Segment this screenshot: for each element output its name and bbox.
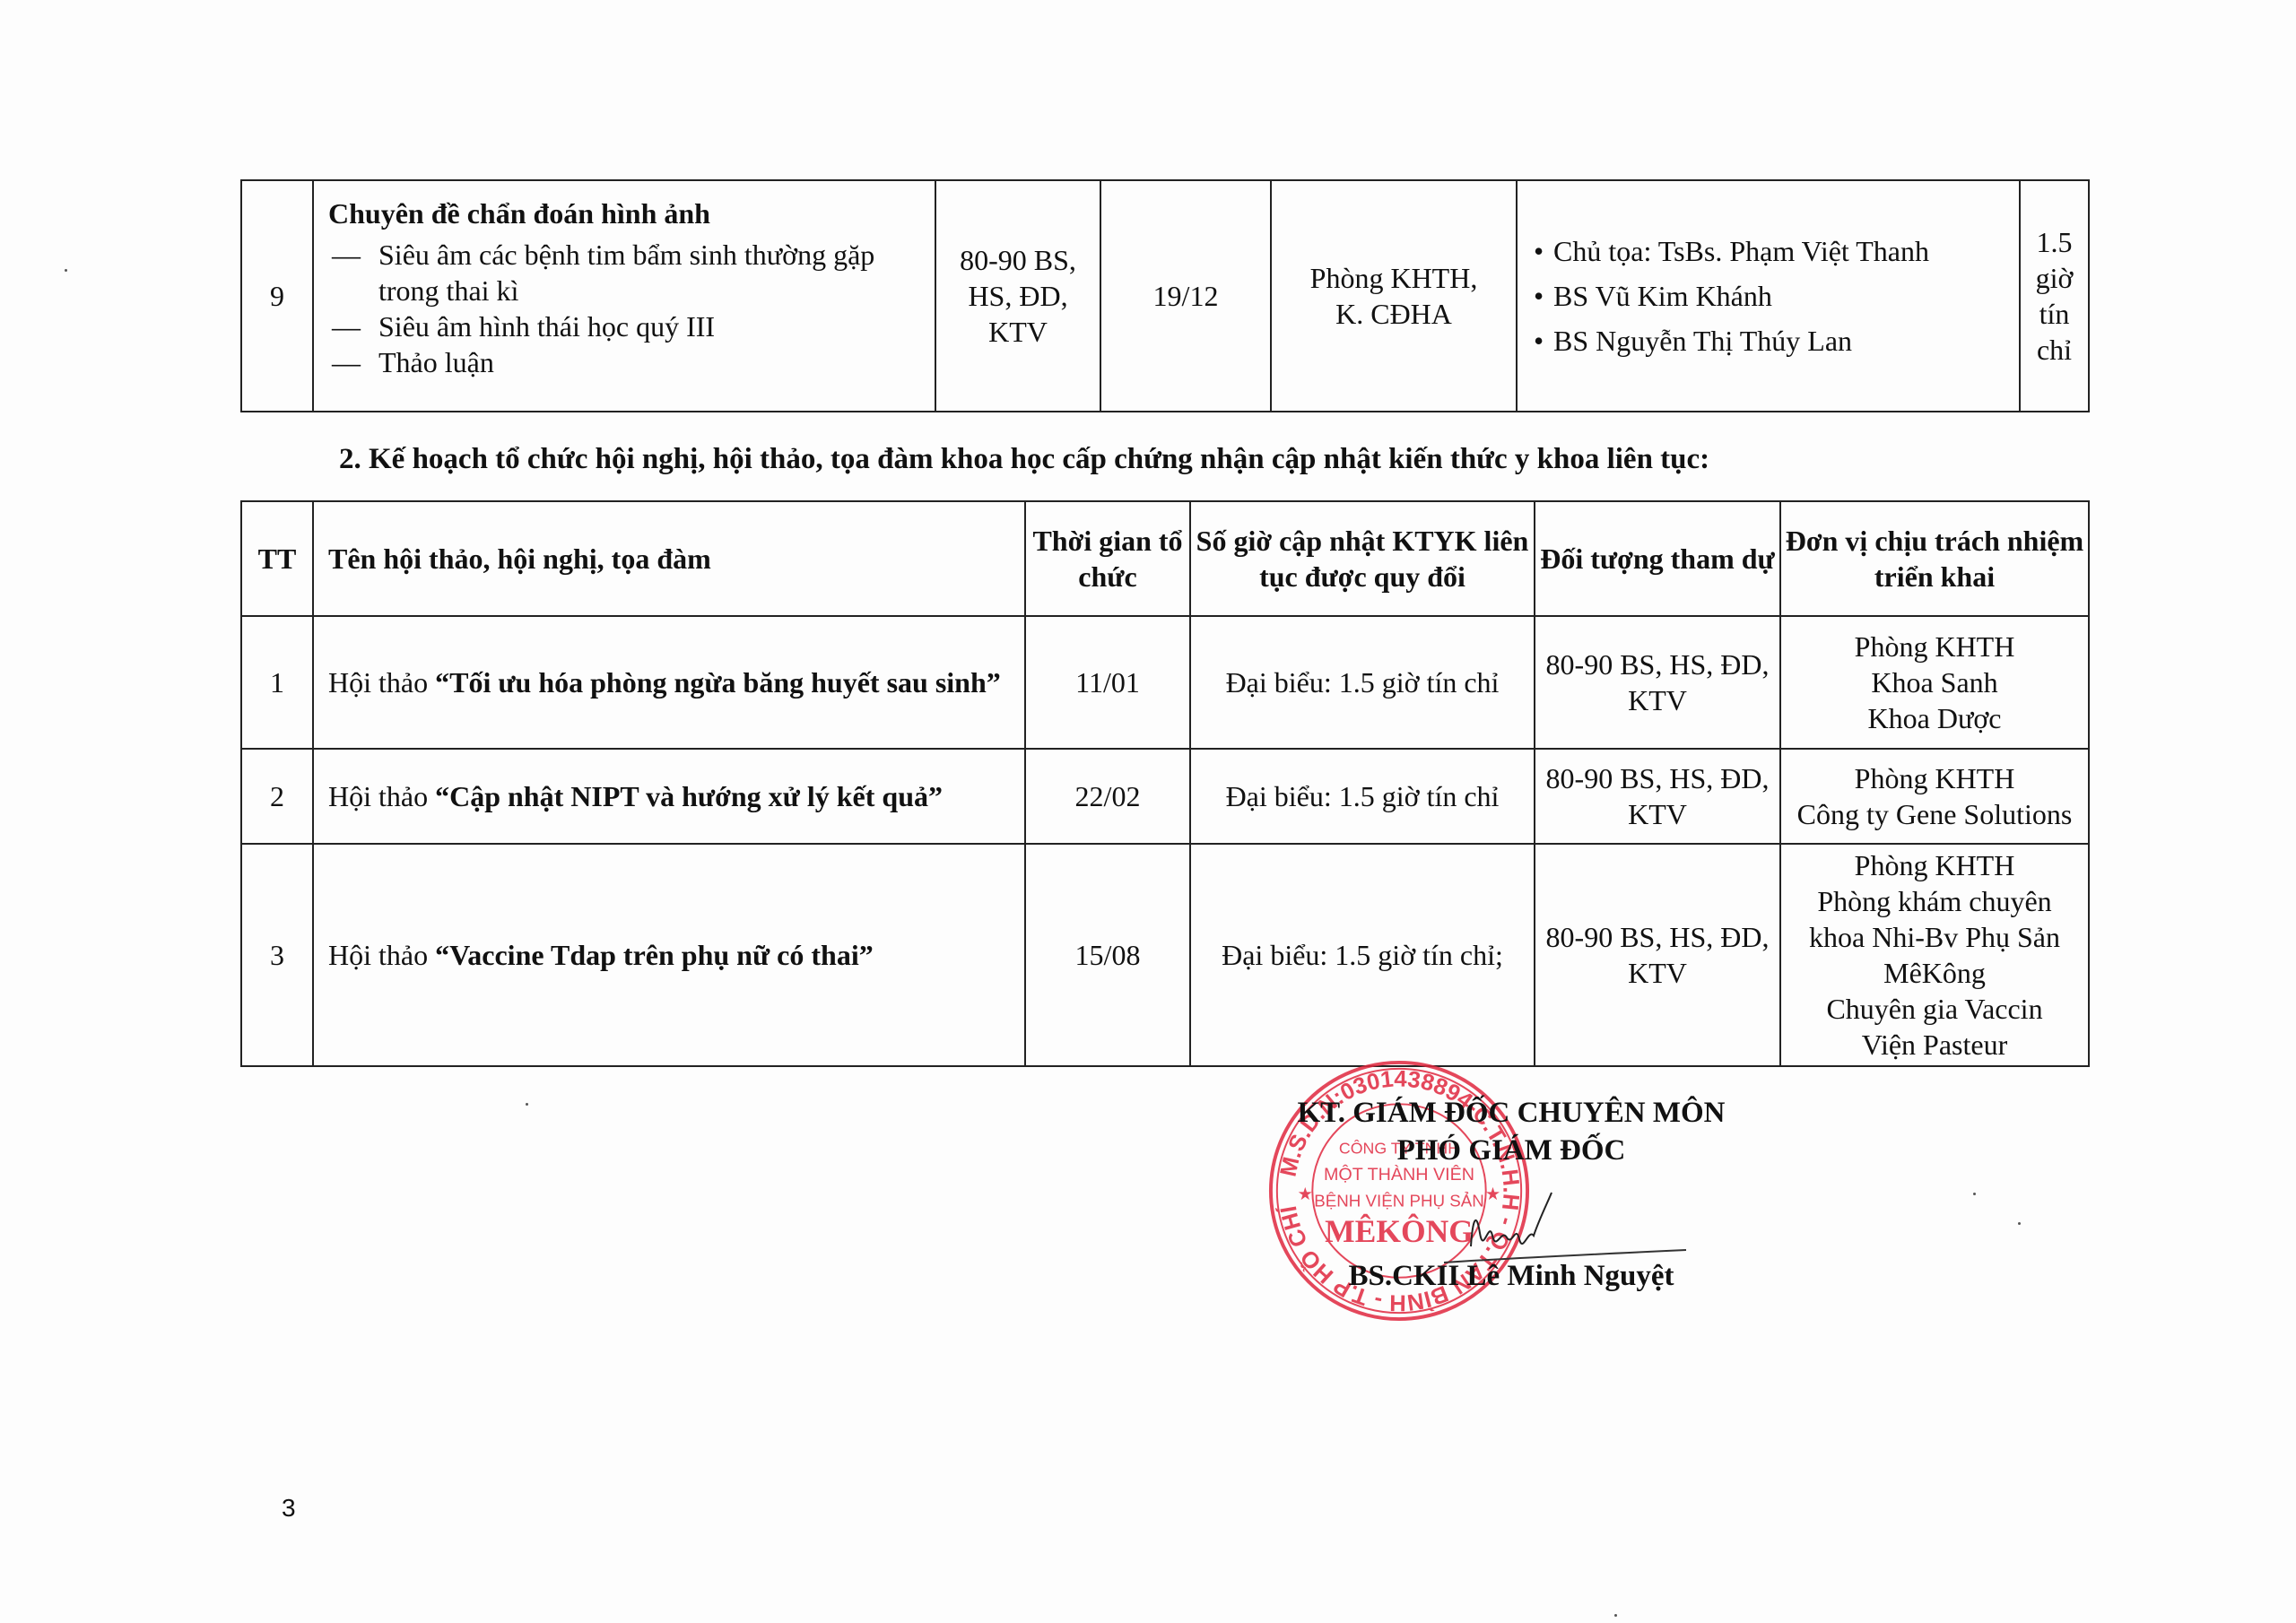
row-number: 9 <box>241 180 313 412</box>
audience-cell: 80-90 BS, HS, ĐD, KTV <box>935 180 1100 412</box>
header-hours: Số giờ cập nhật KTYK liên tục được quy đ… <box>1190 501 1535 616</box>
location-cell: Phòng KHTH, K. CĐHA <box>1271 180 1517 412</box>
header-time: Thời gian tổ chức <box>1025 501 1190 616</box>
topic-title: Chuyên đề chẩn đoán hình ảnh <box>328 195 920 231</box>
section-heading: 2. Kế hoạch tổ chức hội nghị, hội thảo, … <box>339 443 1709 476</box>
header-name: Tên hội thảo, hội nghị, tọa đàm <box>313 501 1025 616</box>
conference-name: Hội thảo “Tối ưu hóa phòng ngừa băng huy… <box>313 616 1025 749</box>
conference-name: Hội thảo “Vaccine Tdap trên phụ nữ có th… <box>313 844 1025 1066</box>
unit-cell: Phòng KHTH Khoa Sanh Khoa Dược <box>1780 616 2089 749</box>
scan-speck <box>65 269 67 272</box>
credit-cell: 1.5 giờ tín chỉ <box>2020 180 2089 412</box>
speaker-item: •BS Vũ Kim Khánh <box>1534 278 2018 314</box>
table-row: 1 Hội thảo “Tối ưu hóa phòng ngừa băng h… <box>241 616 2089 749</box>
speakers-cell: •Chủ tọa: TsBs. Phạm Việt Thanh •BS Vũ K… <box>1517 180 2020 412</box>
table-row: 3 Hội thảo “Vaccine Tdap trên phụ nữ có … <box>241 844 2089 1066</box>
signer-position: PHÓ GIÁM ĐỐC <box>1256 1132 1767 1169</box>
topic-item: — Thảo luận <box>328 344 920 380</box>
bullet-icon: • <box>1534 233 1553 269</box>
conference-plan-table: TT Tên hội thảo, hội nghị, tọa đàm Thời … <box>240 500 2090 1067</box>
speaker-item: •BS Nguyễn Thị Thúy Lan <box>1534 323 2018 359</box>
table-row: 2 Hội thảo “Cập nhật NIPT và hướng xử lý… <box>241 749 2089 844</box>
topic-item: — Siêu âm hình thái học quý III <box>328 308 920 344</box>
signer-title: KT. GIÁM ĐỐC CHUYÊN MÔN <box>1256 1094 1767 1132</box>
header-audience: Đối tượng tham dự <box>1535 501 1780 616</box>
header-unit: Đơn vị chịu trách nhiệm triển khai <box>1780 501 2089 616</box>
speaker-item: •Chủ tọa: TsBs. Phạm Việt Thanh <box>1534 233 2018 269</box>
scan-speck <box>2018 1222 2021 1225</box>
handwritten-signature-icon <box>1444 1184 1695 1273</box>
header-tt: TT <box>241 501 313 616</box>
conference-name: Hội thảo “Cập nhật NIPT và hướng xử lý k… <box>313 749 1025 844</box>
table-row: 9 Chuyên đề chẩn đoán hình ảnh — Siêu âm… <box>241 180 2089 412</box>
unit-cell: Phòng KHTH Công ty Gene Solutions <box>1780 749 2089 844</box>
topic-item: — Siêu âm các bệnh tim bẩm sinh thường g… <box>328 237 920 308</box>
bullet-icon: • <box>1534 323 1553 359</box>
scan-speck <box>1614 1614 1617 1617</box>
topic-cell: Chuyên đề chẩn đoán hình ảnh — Siêu âm c… <box>313 180 935 412</box>
page-number: 3 <box>282 1494 296 1523</box>
training-topics-table: 9 Chuyên đề chẩn đoán hình ảnh — Siêu âm… <box>240 179 2090 412</box>
date-cell: 19/12 <box>1100 180 1271 412</box>
bullet-icon: • <box>1534 278 1553 314</box>
table-header-row: TT Tên hội thảo, hội nghị, tọa đàm Thời … <box>241 501 2089 616</box>
unit-cell: Phòng KHTH Phòng khám chuyên khoa Nhi-Bv… <box>1780 844 2089 1066</box>
scan-speck <box>526 1103 528 1106</box>
scan-speck <box>1973 1193 1976 1195</box>
